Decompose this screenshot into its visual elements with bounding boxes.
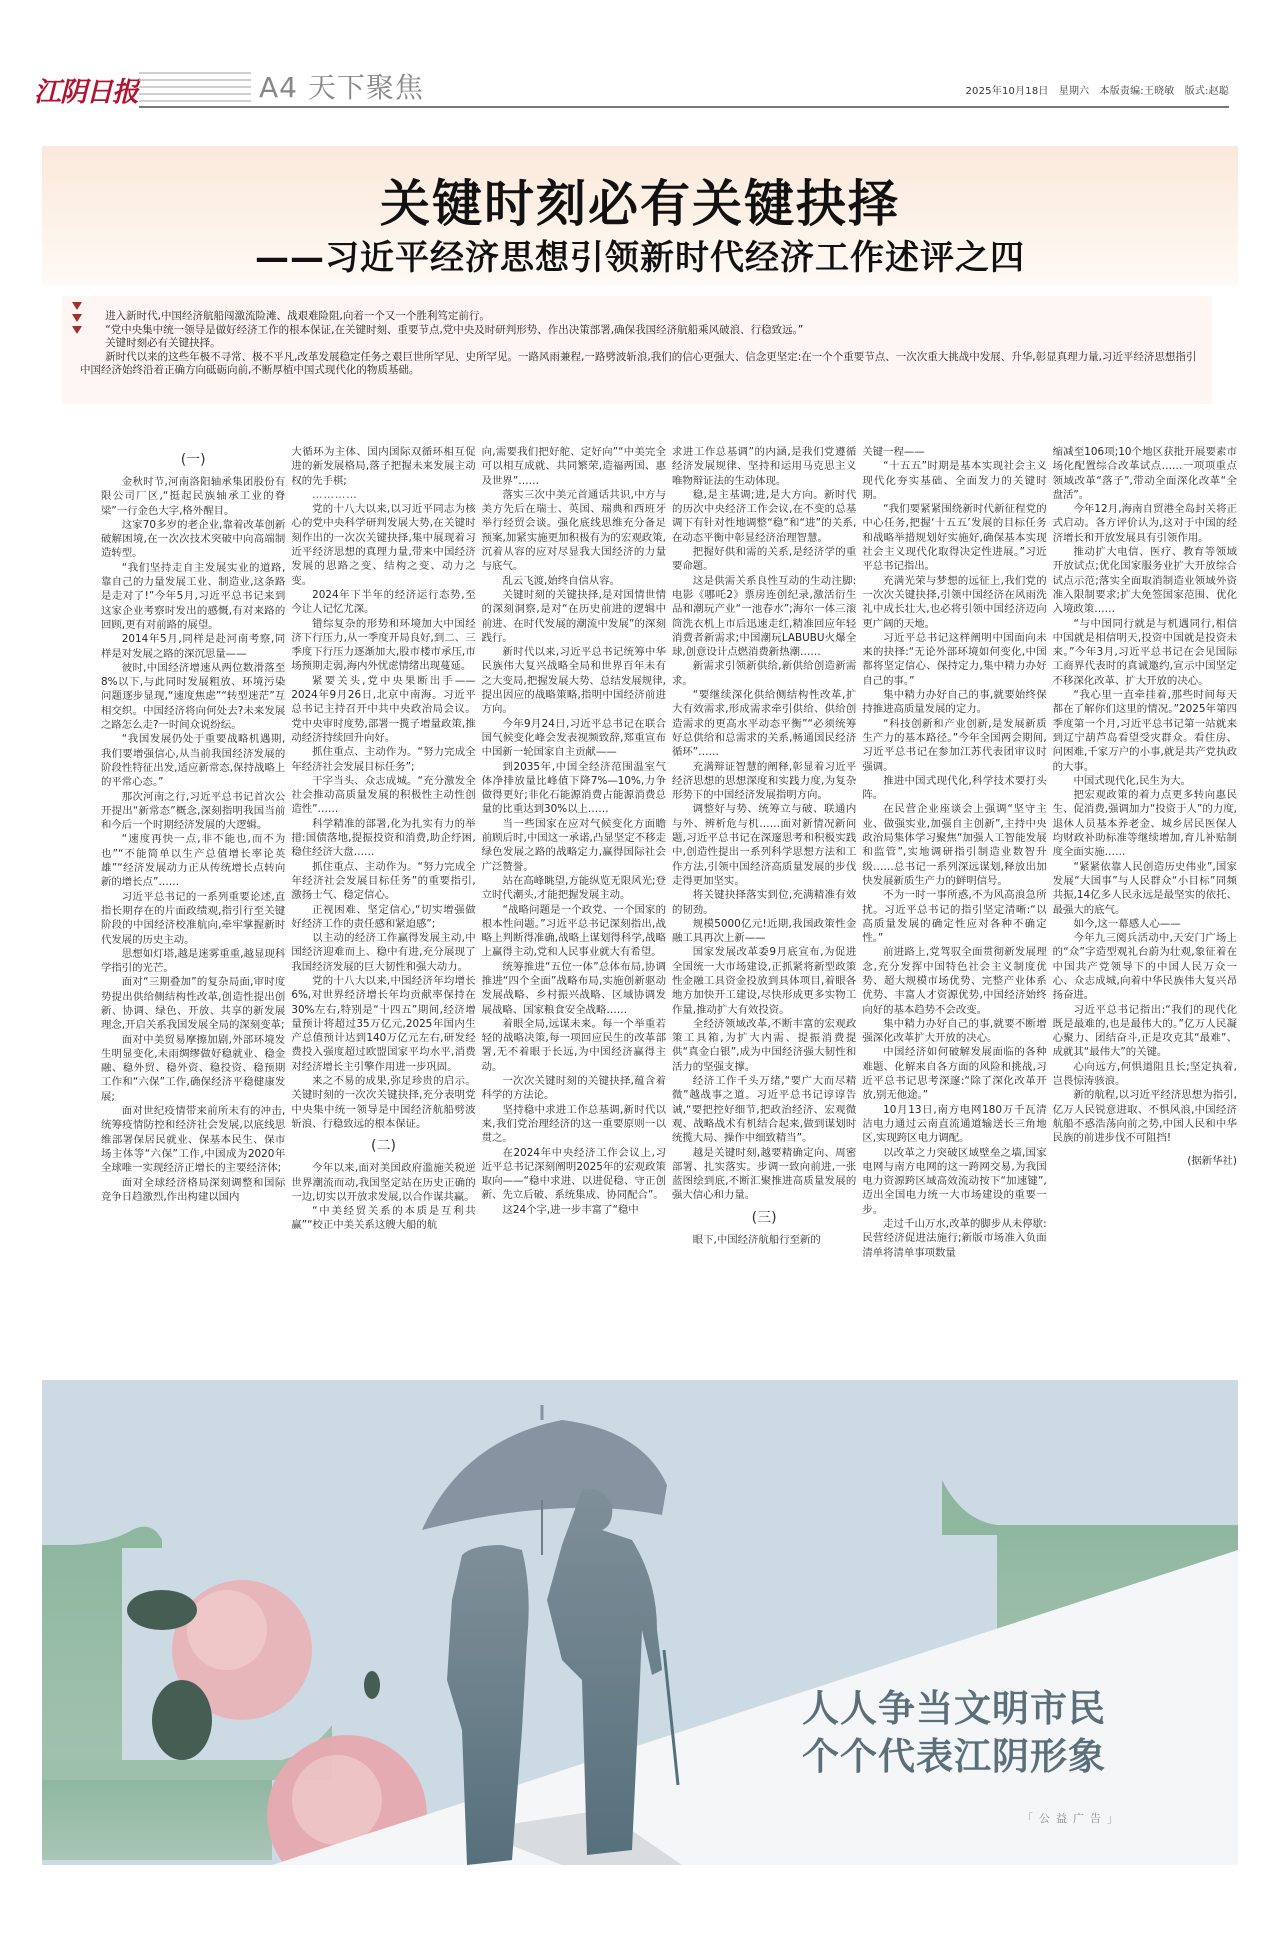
paragraph: 金秋时节,河南洛阳轴承集团股份有限公司厂区,“挺起民族轴承工业的脊梁”一行金色大… xyxy=(101,475,285,518)
section-number-heading: (三) xyxy=(672,1207,856,1229)
paragraph: 抓住重点、主动作为。“努力完成全年经济社会发展目标任务”的重要指引,激扬士气、稳… xyxy=(291,860,475,903)
header-divider xyxy=(139,106,1229,108)
paragraph: “与中国同行就是与机遇同行,相信中国就是相信明天,投资中国就是投资未来。”今年3… xyxy=(1053,617,1237,688)
paragraph-continued: 求进工作总基调”的内涵,是我们党遵循经济发展规律、坚持和运用马克思主义唯物辩证法… xyxy=(672,445,856,488)
paragraph: 彼时,中国经济增速从两位数滑落至8%以下,与此同时发展粗放、环境污染问题逐步显现… xyxy=(101,661,285,732)
section-label: A4 天下聚焦 xyxy=(259,66,424,106)
paragraph: “我们坚持走自主发展实业的道路,靠自己的力量发展工业、制造业,这条路是走对了!”… xyxy=(101,561,285,632)
paragraph: 推进中国式现代化,科学技术要打头阵。 xyxy=(862,774,1046,803)
lead-text: 进入新时代,中国经济航船闯激流险滩、战艰难险阻,向着一个又一个胜利笃定前行。 “… xyxy=(80,310,1200,378)
public-service-ad: 人人争当文明市民 个个代表江阴形象 「公益广告」 xyxy=(42,1380,1238,1865)
paragraph: 如今,这一幕感人心—— xyxy=(1053,917,1237,931)
newspaper-logo: 江阴日报 xyxy=(34,70,138,109)
article-body: (一)金秋时节,河南洛阳轴承集团股份有限公司厂区,“挺起民族轴承工业的脊梁”一行… xyxy=(98,445,1240,1350)
paragraph: 正视困难、坚定信心,“切实增强做好经济工作的责任感和紧迫感”; xyxy=(291,903,475,932)
section-number-heading: (二) xyxy=(291,1135,475,1157)
umbrella-silhouette xyxy=(422,1405,667,1555)
ad-type-tag: 「公益广告」 xyxy=(1022,1810,1124,1826)
paragraph: 统筹推进“五位一体”总体布局,协调推进“四个全面”战略布局,实施创新驱动发展战略… xyxy=(482,960,666,1017)
paragraph: 今年九三阅兵活动中,天安门广场上的“众”字造型观礼台蔚为壮观,象征着在中国共产党… xyxy=(1053,931,1237,1002)
paragraph: 着眼全局,远谋未来。每一个举重若轻的战略决策,每一项回应民生的改革部署,无不着眼… xyxy=(482,1017,666,1074)
lead-line: 新时代以来的这些年极不寻常、极不平凡,改革发展稳定任务之艰巨世所罕见、史所罕见。… xyxy=(80,351,1200,378)
paragraph: 全经济领域改革,不断丰富的宏观政策工具箱,为扩大内需、提振消费提供“真金白银”,… xyxy=(672,1017,856,1074)
paragraph: 越是关键时刻,越要精确定向、周密部署、扎实落实。步调一致向前进,一张蓝图绘到底,… xyxy=(672,1146,856,1203)
paragraph: 以改革之力突破区域壁垒之墙,国家电网与南方电网的这一跨网交易,为我国电力资源跨区… xyxy=(862,1146,1046,1217)
issue-weekday: 星期六 xyxy=(1059,86,1090,97)
paragraph: 稳,是主基调;进,是大方向。新时代的历次中央经济工作会议,在不变的总基调下有针对… xyxy=(672,488,856,545)
headline-block: 关键时刻必有关键抉择 ——习近平经济思想引领新时代经济工作述评之四 xyxy=(42,146,1238,286)
paragraph: 来之不易的成果,弥足珍贵的启示。关键时刻的一次次关键抉择,充分表明党中央集中统一… xyxy=(291,1074,475,1131)
article-column: 缩减至106项;10个地区获批开展要素市场化配置综合改革试点……一项项重点领域改… xyxy=(1050,445,1240,1350)
paragraph: 集中精力办好自己的事,就要不断增强深化改革扩大开放的决心。 xyxy=(862,1017,1046,1046)
paragraph: “速度再快一点,非不能也,而不为也”“不能简单以生产总值增长率论英雄”“经济发展… xyxy=(101,832,285,889)
paragraph: 充满辩证智慧的阐释,彰显着习近平经济思想的思想深度和实践力度,为复杂形势下的中国… xyxy=(672,760,856,803)
paragraph-continued: 关键一程—— xyxy=(862,445,1046,459)
lead-line: “党中央集中统一领导是做好经济工作的根本保证,在关键时刻、重要节点,党中央及时研… xyxy=(80,324,1200,338)
paragraph: 面对中美贸易摩擦加剧,外部环境发生明显变化,未雨绸缪做好稳就业、稳金融、稳外贸、… xyxy=(101,1033,285,1104)
paragraph: 心向远方,何惧道阻且长;坚定执着,岂畏惊涛骇浪。 xyxy=(1053,1060,1237,1089)
triangle-down-icon xyxy=(72,302,82,310)
paragraph: 今年12月,海南自贸港全岛封关将正式启动。各方评价认为,这对于中国的经济增长和开… xyxy=(1053,502,1237,545)
paragraph: 2014年5月,同样是赴河南考察,同样是对发展之路的深沉思量—— xyxy=(101,632,285,661)
paragraph: 面对世纪疫情带来前所未有的冲击,统筹疫情防控和经济社会发展,以底线思维部署保居民… xyxy=(101,1104,285,1175)
paragraph: 站在高峰眺望,方能纵览无限风光;登立时代潮头,才能把握发展主动。 xyxy=(482,874,666,903)
paragraph: 10月13日,南方电网180万千瓦清洁电力通过云南直流通道输送长三角地区,实现跨… xyxy=(862,1103,1046,1146)
paragraph: 这24个字,进一步丰富了“稳中 xyxy=(482,1203,666,1217)
paragraph: 将关键抉择落实到位,充满精准有效的韧劲。 xyxy=(672,888,856,917)
paragraph: 错综复杂的形势和环境加大中国经济下行压力,从一季度开局良好,到二、三季度下行压力… xyxy=(291,617,475,674)
paragraph: 那次河南之行,习近平总书记首次公开提出“新常态”概念,深刻指明我国当前和今后一个… xyxy=(101,790,285,833)
paragraph: “科技创新和产业创新,是发展新质生产力的基本路径。”今年全国两会期间,习近平总书… xyxy=(862,717,1046,774)
paragraph: 这家70多岁的老企业,靠着改革创新破解困境,在一次次技术突破中向高端制造转型。 xyxy=(101,518,285,561)
section-number-heading: (一) xyxy=(101,449,285,471)
ellipsis-separator: ………… xyxy=(291,488,475,502)
paragraph: 今年以来,面对美国政府滥施关税逆世界潮流而动,我国坚定站在历史正确的一边,切实以… xyxy=(291,1161,475,1204)
paragraph-continued: 缩减至106项;10个地区获批开展要素市场化配置综合改革试点……一项项重点领域改… xyxy=(1053,445,1237,502)
paragraph: 在2024年中央经济工作会议上,习近平总书记深刻阐明2025年的宏观政策取向——… xyxy=(482,1146,666,1203)
paragraph: 经济工作千头万绪,“要广大而尽精微”越战事之道。习近平总书记谆谆告诫,“要把控好… xyxy=(672,1074,856,1145)
header-meta: 2025年10月18日 星期六 本版责编:王晓敏 版式:赵聪 xyxy=(966,82,1230,97)
paragraph: 充满光荣与梦想的远征上,我们党的一次次关键抉择,引领中国经济在风雨洗礼中成长壮大… xyxy=(862,574,1046,631)
paragraph: 推动扩大电信、医疗、教育等领域开放试点;优化国家服务业扩大开放综合试点示范;落实… xyxy=(1053,545,1237,616)
paragraph: 习近平总书记指出:“我们的现代化既是最难的,也是最伟大的。”亿万人民凝心聚力、团… xyxy=(1053,1003,1237,1060)
paragraph: 面对“三期叠加”的复杂局面,审时度势提出供给侧结构性改革,创造性提出创新、协调、… xyxy=(101,975,285,1032)
paragraph: 走过千山万水,改革的脚步从未停歇:民营经济促进法施行;新版市场准入负面清单将清单… xyxy=(862,1217,1046,1260)
paragraph: 坚持稳中求进工作总基调,新时代以来,我们党治理经济的这一重要原则一以贯之。 xyxy=(482,1103,666,1146)
source-credit: (据新华社) xyxy=(1053,1154,1237,1168)
paragraph-continued: 大循环为主体、国内国际双循环相互促进的新发展格局,落子把握未来发展主动权的先手棋… xyxy=(291,445,475,488)
paragraph: “紧紧依靠人民创造历史伟业”,国家发展“大国事”与人民群众“小目标”同频共振,1… xyxy=(1053,860,1237,917)
lead-line: 进入新时代,中国经济航船闯激流险滩、战艰难险阻,向着一个又一个胜利笃定前行。 xyxy=(80,310,1200,324)
ad-slogan: 人人争当文明市民 个个代表江阴形象 xyxy=(802,1685,1106,1781)
ad-slogan-line-2: 个个代表江阴形象 xyxy=(802,1733,1106,1781)
paragraph: 党的十八大以来,中国经济年均增长6%,对世界经济增长年均贡献率保持在30%左右,… xyxy=(291,974,475,1074)
paragraph: “我们要紧紧围绕新时代新征程党的中心任务,把握‘十五五’发展的目标任务和战略举措… xyxy=(862,502,1046,573)
paragraph: 今年9月24日,习近平总书记在联合国气候变化峰会发表视频致辞,郑重宣布中国新一轮… xyxy=(482,717,666,760)
paragraph: 紧要关头,党中央果断出手——2024年9月26日,北京中南海。习近平总书记主持召… xyxy=(291,674,475,745)
lead-line: 关键时刻必有关键抉择。 xyxy=(80,337,1200,351)
ad-slogan-line-1: 人人争当文明市民 xyxy=(802,1685,1106,1733)
paragraph: 新的航程,以习近平经济思想为指引,亿万人民锐意进取、不惧风浪,中国经济航船不惑浩… xyxy=(1053,1088,1237,1145)
paragraph: 中国式现代化,民生为大。 xyxy=(1053,774,1237,788)
paragraph: 思想如灯塔,越是迷雾重重,越显现科学指引的光芒。 xyxy=(101,947,285,976)
article-column: (一)金秋时节,河南洛阳轴承集团股份有限公司厂区,“挺起民族轴承工业的脊梁”一行… xyxy=(98,445,288,1350)
paragraph: 乱云飞渡,始终自信从容。 xyxy=(482,574,666,588)
editor-credit: 本版责编:王晓敏 xyxy=(1100,86,1175,97)
paragraph: “战略问题是一个政党、一个国家的根本性问题。”习近平总书记深刻指出,战略上判断得… xyxy=(482,903,666,960)
article-column: 求进工作总基调”的内涵,是我们党遵循经济发展规律、坚持和运用马克思主义唯物辩证法… xyxy=(669,445,859,1350)
paragraph: 2024年下半年的经济运行态势,至今让人记忆尤深。 xyxy=(291,588,475,617)
paragraph: 到2035年,中国全经济范围温室气体净排放量比峰值下降7%—10%,力争做得更好… xyxy=(482,760,666,817)
paragraph: 在民营企业座谈会上强调“坚守主业、做强实业,加强自主创新”,主持中央政治局集体学… xyxy=(862,802,1046,888)
sub-headline: ——习近平经济思想引领新时代经济工作述评之四 xyxy=(42,230,1238,279)
paragraph: “十五五”时期是基本实现社会主义现代化夯实基础、全面发力的关键时期。 xyxy=(862,459,1046,502)
article-column: 向,需要我们把好舵、定好向”“中美完全可以相互成就、共同繁荣,造福两国、惠及世界… xyxy=(479,445,669,1350)
paragraph: 新时代以来,习近平总书记统筹中华民族伟大复兴战略全局和世界百年未有之大变局,把握… xyxy=(482,645,666,716)
paragraph: 新需求引领新供给,新供给创造新需求。 xyxy=(672,659,856,688)
issue-date: 2025年10月18日 xyxy=(966,86,1049,97)
paragraph: 一次次关键时刻的关键抉择,蕴含着科学的方法论。 xyxy=(482,1074,666,1103)
paragraph-continued: 向,需要我们把好舵、定好向”“中美完全可以相互成就、共同繁荣,造福两国、惠及世界… xyxy=(482,445,666,488)
paragraph: 党的十八大以来,以习近平同志为核心的党中央科学研判发展大势,在关键时刻作出的一次… xyxy=(291,502,475,588)
layout-credit: 版式:赵聪 xyxy=(1185,86,1229,97)
paragraph: “要继续深化供给侧结构性改革,扩大有效需求,形成需求牵引供给、供给创造需求的更高… xyxy=(672,688,856,759)
paragraph: 这是供需关系良性互动的生动注脚:电影《哪吒2》票房连创纪录,激活衍生品和潮玩产业… xyxy=(672,574,856,660)
paragraph: 把宏观政策的着力点更多转向惠民生、促消费,强调加力“投资于人”的力度,退休人员基… xyxy=(1053,788,1237,859)
paragraph: 规模5000亿元!近期,我国政策性金融工具再次上新—— xyxy=(672,917,856,946)
wave-pattern-decoration xyxy=(139,72,251,102)
paragraph: 关键时刻的关键抉择,是对国情世情的深刻洞察,是对“在历史前进的逻辑中前进、在时代… xyxy=(482,588,666,645)
paragraph: 前进路上,党驾驭全面贯彻新发展理念,充分发挥中国特色社会主义制度优势、超大规模市… xyxy=(862,945,1046,1016)
main-headline: 关键时刻必有关键抉择 xyxy=(42,164,1238,236)
paragraph: “我心里一直牵挂着,那些时间每天都在了解你们这里的情况。”2025年第四季度第一… xyxy=(1053,688,1237,774)
lead-paragraph-box: 进入新时代,中国经济航船闯激流险滩、战艰难险阻,向着一个又一个胜利笃定前行。 “… xyxy=(62,296,1212,404)
paragraph: 习近平总书记这样阐明中国面向未来的抉择:“无论外部环境如何变化,中国都将坚定信心… xyxy=(862,631,1046,688)
paragraph: 眼下,中国经济航船行至新的 xyxy=(672,1233,856,1247)
paragraph: 把握好供和需的关系,是经济学的重要命题。 xyxy=(672,545,856,574)
paragraph: 集中精力办好自己的事,就要始终保持推进高质量发展的定力。 xyxy=(862,688,1046,717)
paragraph: 中国经济如何破解发展面临的各种难题、化解来自各方面的风险和挑战,习近平总书记思考… xyxy=(862,1045,1046,1102)
paragraph: 面对全球经济格局深刻调整和国际竞争日趋激烈,作出构建以国内 xyxy=(101,1176,285,1205)
paragraph: 习近平总书记的一系列重要论述,直指长期存在的片面政绩观,指引行至关键阶段的中国经… xyxy=(101,890,285,947)
paragraph: 当一些国家在应对气候变化方面瞻前顾后时,中国这一承诺,凸显坚定不移走绿色发展之路… xyxy=(482,817,666,874)
ad-illustration xyxy=(42,1380,1238,1865)
article-column: 关键一程——“十五五”时期是基本实现社会主义现代化夯实基础、全面发力的关键时期。… xyxy=(859,445,1049,1350)
paragraph: 以主动的经济工作赢得发展主动,中国经济迎难而上、稳中有进,充分展现了我国经济发展… xyxy=(291,931,475,974)
masthead: 江阴日报 A4 天下聚焦 2025年10月18日 星期六 本版责编:王晓敏 版式… xyxy=(34,60,1229,110)
paragraph: “我国发展仍处于重要战略机遇期,我们要增强信心,从当前我国经济发展的阶段性特征出… xyxy=(101,732,285,789)
paragraph: 落实三次中美元首通话共识,中方与美方先后在瑞士、英国、瑞典和西班牙举行经贸会谈。… xyxy=(482,488,666,574)
paragraph: 调整好与势、统筹立与破、联通内与外、辨析危与机……面对新情况新问题,习近平总书记… xyxy=(672,802,856,888)
paragraph: 科学精准的部署,化为扎实有力的举措:国债落地,提振投资和消费,助企纾困,稳住经济… xyxy=(291,817,475,860)
paragraph: 抓住重点、主动作为。“努力完成全年经济社会发展目标任务”; xyxy=(291,745,475,774)
paragraph: 国家发展改革委9月底宣布,为促进全国统一大市场建设,正抓紧将新型政策性金融工具资… xyxy=(672,945,856,1016)
paragraph: 干字当头、众志成城。“充分激发全社会推动高质量发展的积极性主动性创造性”…… xyxy=(291,774,475,817)
paragraph: 不为一时一事所惑,不为风高浪急所扰。习近平总书记的指引坚定清晰:“以高质量发展的… xyxy=(862,888,1046,945)
article-column: 大循环为主体、国内国际双循环相互促进的新发展格局,落子把握未来发展主动权的先手棋… xyxy=(288,445,478,1350)
paragraph: “中美经贸关系的本质是互利共赢”“校正中美关系这艘大船的航 xyxy=(291,1204,475,1233)
